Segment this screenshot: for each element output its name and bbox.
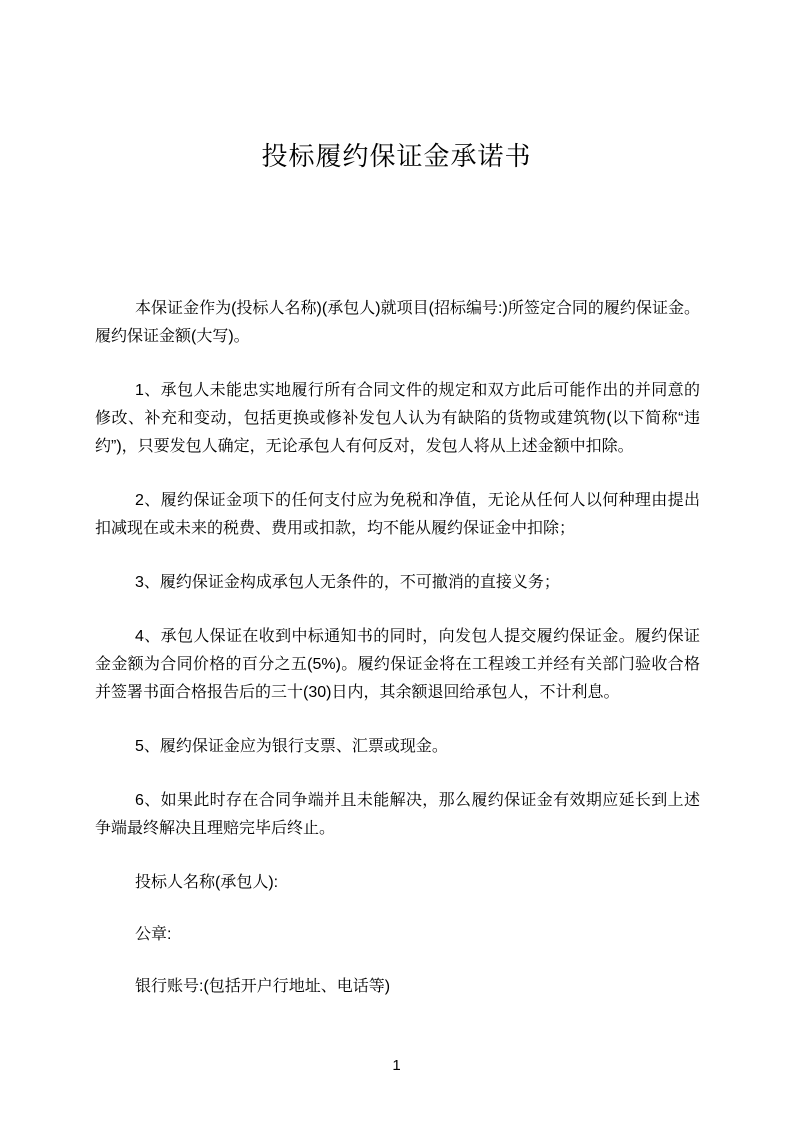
clause-4: 4、承包人保证在收到中标通知书的同时，向发包人提交履约保证金。履约保证金金额为合… [95, 623, 700, 707]
signature-line-official-seal: 公章: [95, 921, 700, 949]
document-title: 投标履约保证金承诺书 [0, 0, 793, 173]
page-number: 1 [0, 1057, 793, 1074]
intro-paragraph: 本保证金作为(投标人名称)(承包人)就项目(招标编号:)所签定合同的履约保证金。… [95, 295, 700, 351]
clause-6: 6、如果此时存在合同争端并且未能解决，那么履约保证金有效期应延长到上述争端最终解… [95, 787, 700, 843]
clause-2: 2、履约保证金项下的任何支付应为免税和净值，无论从任何人以何种理由提出扣减现在或… [95, 487, 700, 543]
clause-3: 3、履约保证金构成承包人无条件的，不可撤消的直接义务； [95, 569, 700, 597]
signature-line-bidder-name: 投标人名称(承包人): [95, 869, 700, 897]
document-body: 本保证金作为(投标人名称)(承包人)就项目(招标编号:)所签定合同的履约保证金。… [95, 295, 700, 1001]
clause-5: 5、履约保证金应为银行支票、汇票或现金。 [95, 733, 700, 761]
clause-1: 1、承包人未能忠实地履行所有合同文件的规定和双方此后可能作出的并同意的修改、补充… [95, 377, 700, 461]
document-page: 投标履约保证金承诺书 本保证金作为(投标人名称)(承包人)就项目(招标编号:)所… [0, 0, 793, 1122]
signature-block: 投标人名称(承包人): 公章: 银行账号:(包括开户行地址、电话等) [95, 869, 700, 1001]
signature-line-bank-account: 银行账号:(包括开户行地址、电话等) [95, 973, 700, 1001]
